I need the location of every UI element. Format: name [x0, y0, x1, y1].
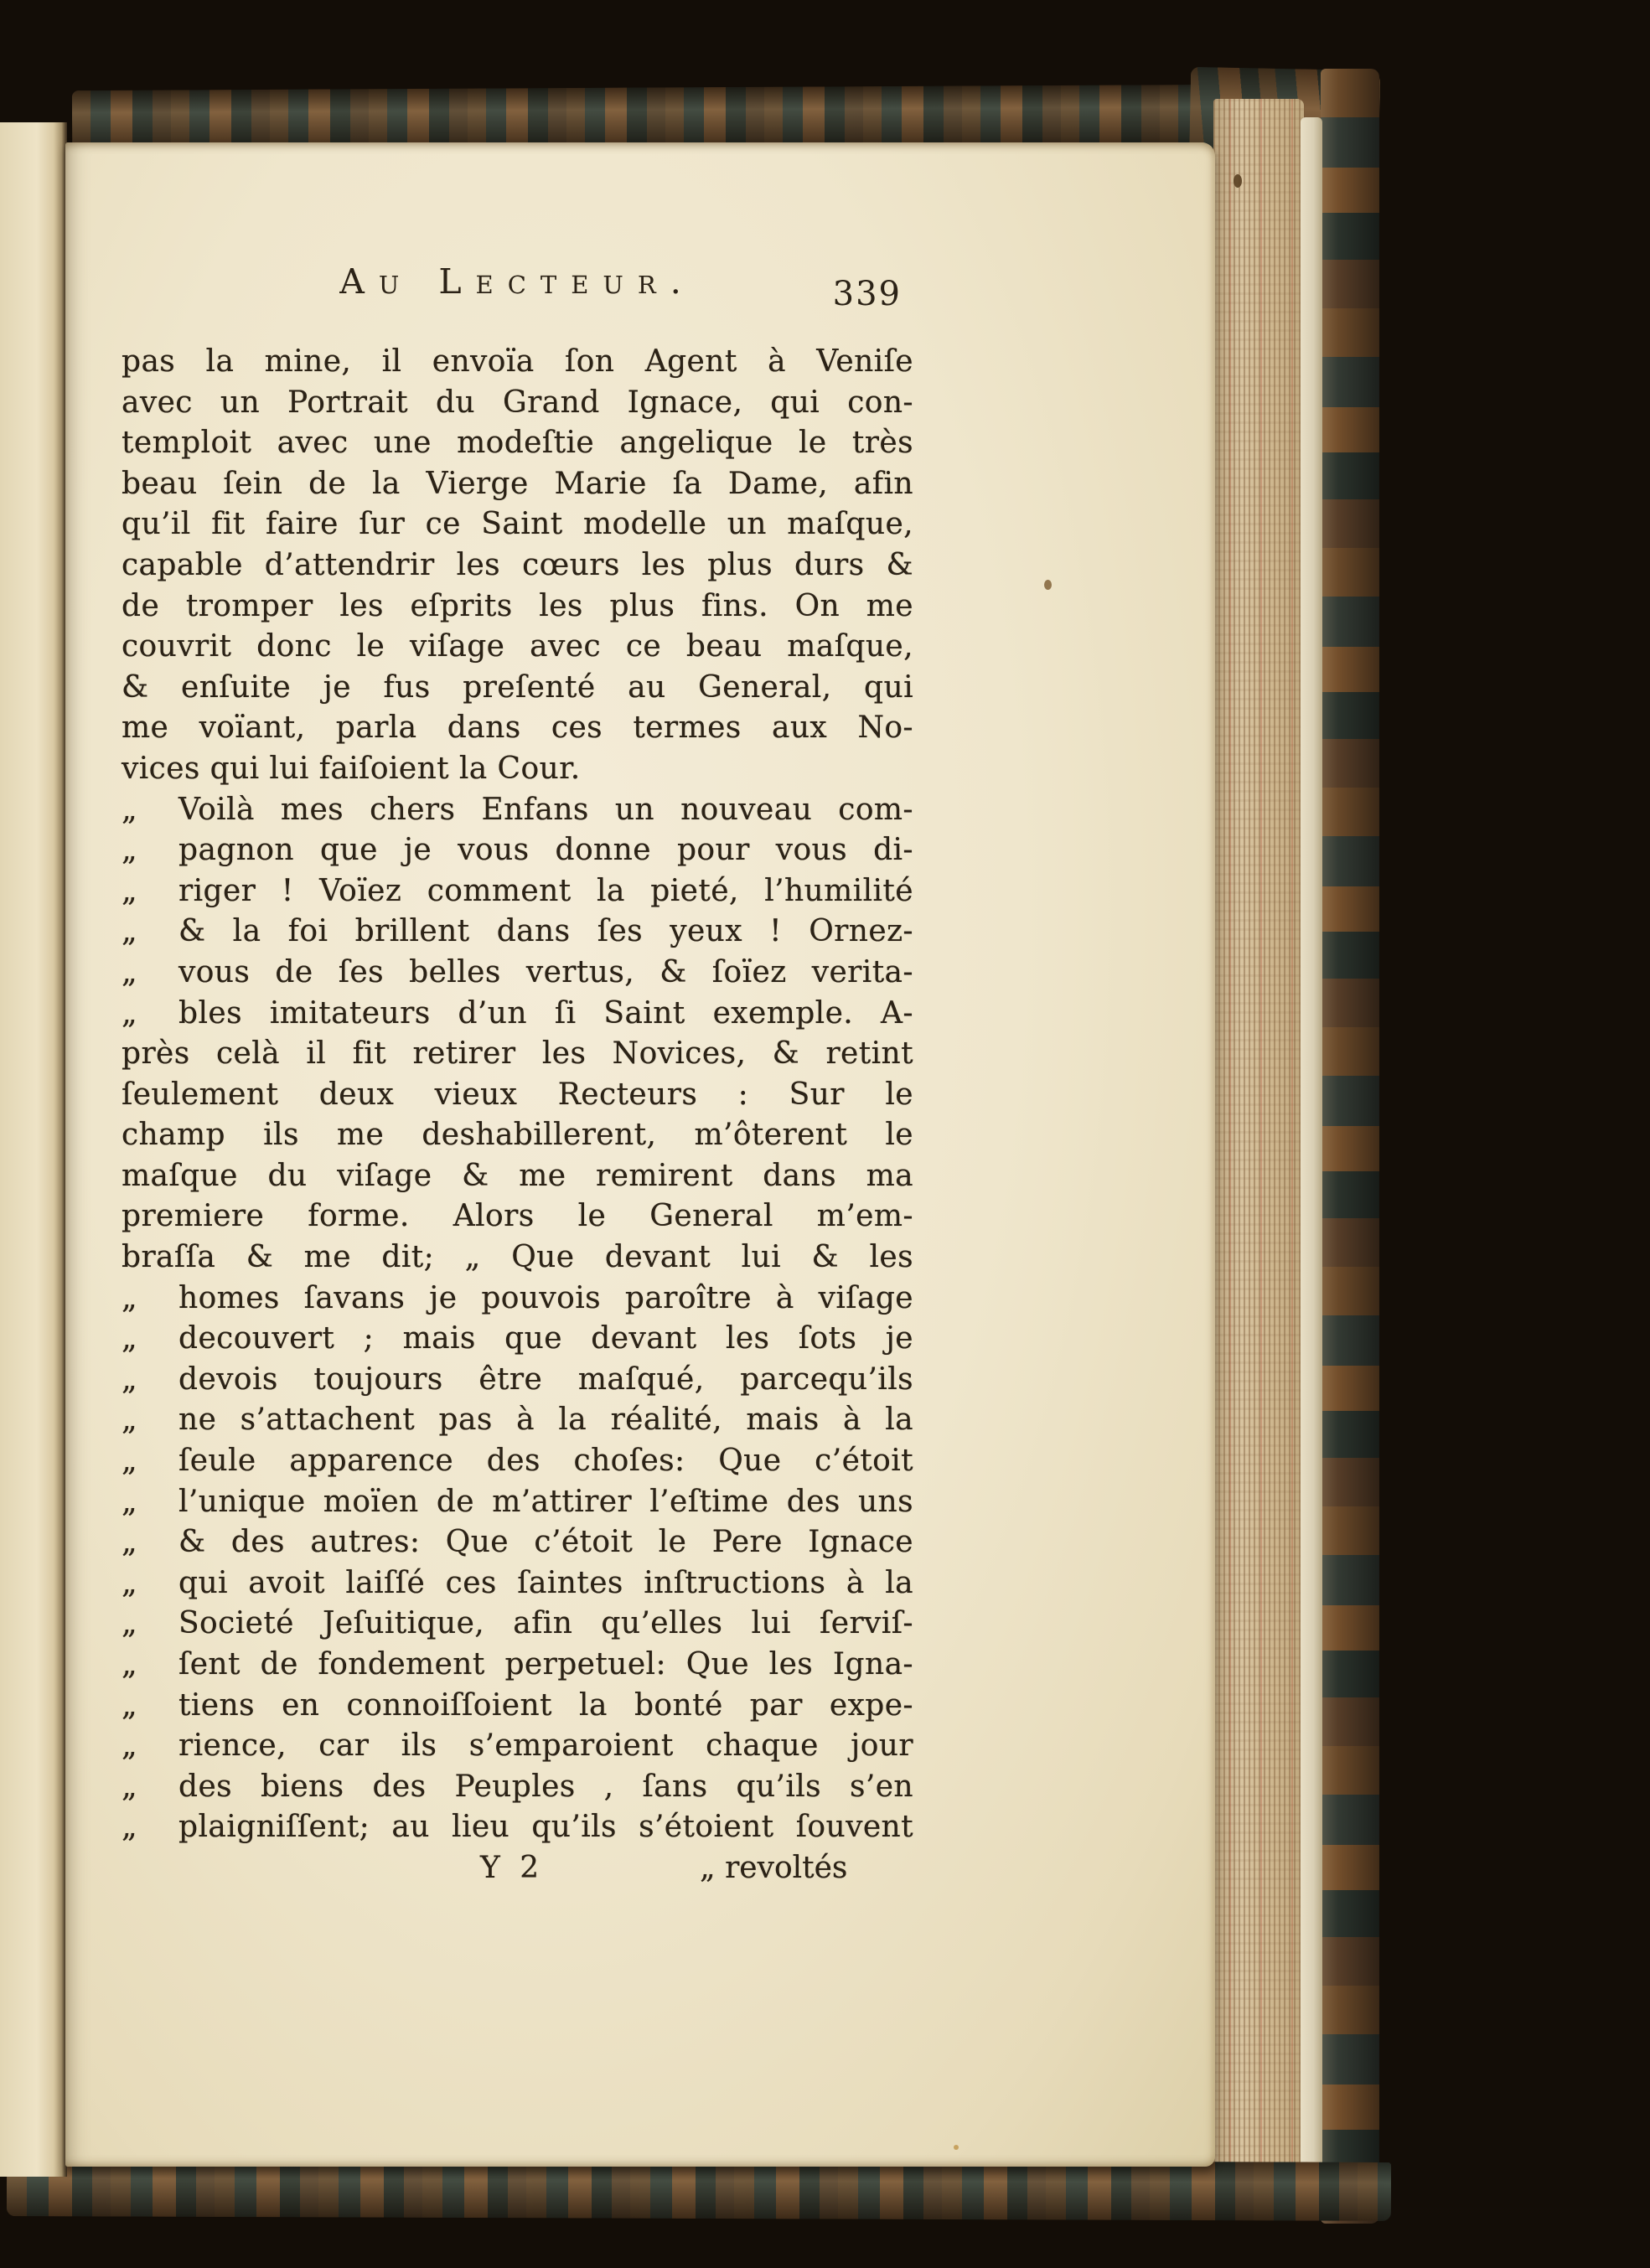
endpaper-edge-strip	[1301, 117, 1322, 2192]
text-line-content: vous de ſes belles vertus, & ſoïez verit…	[178, 955, 913, 989]
text-line: „& la foi brillent dans ſes yeux ! Ornez…	[122, 912, 913, 953]
text-line-content: pagnon que je vous donne pour vous di-	[178, 833, 913, 867]
body-lines: pas la mine, il envoïa ſon Agent à Veniſ…	[122, 342, 913, 1889]
quote-mark: „	[122, 1726, 178, 1767]
quote-mark: „	[122, 1360, 178, 1401]
header-line: Au Lecteur. 339	[122, 261, 913, 312]
book-top-edge-marbled	[72, 84, 1376, 149]
text-line: braſſa & me dit; „ Que devant lui & les	[122, 1237, 913, 1279]
quote-mark: „	[122, 1604, 178, 1645]
text-line: ſeulement deux vieux Recteurs : Sur le	[122, 1075, 913, 1116]
signature-line: Y 2„ revoltés	[122, 1848, 913, 1889]
signature-mark: Y 2	[480, 1848, 544, 1889]
text-line: de tromper les eſprits les plus fins. On…	[122, 586, 913, 628]
quote-mark: „	[122, 1482, 178, 1523]
book-photo: Au Lecteur. 339 pas la mine, il envoïa ſ…	[0, 0, 1650, 2268]
text-line: „des biens des Peuples , ſans qu’ils s’e…	[122, 1767, 913, 1808]
text-line-content: tiens en connoiſſoient la bonté par expe…	[178, 1688, 913, 1723]
quote-mark: „	[122, 912, 178, 953]
book-cover-right-edge-marbled	[1321, 69, 1379, 2224]
quote-mark: „	[122, 994, 178, 1035]
text-line-content: plaigniſſent; au lieu qu’ils s’étoient ſ…	[178, 1810, 913, 1844]
text-line: beau ſein de la Vierge Marie ſa Dame, af…	[122, 464, 913, 505]
text-line-content: homes ſavans je pouvois paroître à viſag…	[178, 1281, 913, 1315]
text-line-content: riger ! Voïez comment la pieté, l’humili…	[178, 874, 913, 908]
text-line: „rience, car ils s’emparoient chaque jou…	[122, 1726, 913, 1767]
text-line: „tiens en connoiſſoient la bonté par exp…	[122, 1686, 913, 1727]
text-line: avec un Portrait du Grand Ignace, qui co…	[122, 383, 913, 424]
page-number: 339	[833, 275, 902, 313]
facing-page-sliver	[0, 122, 67, 2177]
text-line: premiere forme. Alors le General m’em-	[122, 1196, 913, 1237]
fore-edge-page-block	[1213, 99, 1304, 2220]
text-line: „ne s’attachent pas à la réalité, mais à…	[122, 1400, 913, 1441]
quote-mark: „	[122, 871, 178, 912]
text-line-content: bles imitateurs d’un ſi Saint exemple. A…	[178, 996, 913, 1031]
text-line: champ ils me deshabillerent, m’ôterent l…	[122, 1115, 913, 1156]
text-line: „vous de ſes belles vertus, & ſoïez veri…	[122, 953, 913, 994]
quote-mark: „	[122, 1441, 178, 1482]
fore-edge-speck	[1234, 174, 1242, 188]
text-line: „& des autres: Que c’étoit le Pere Ignac…	[122, 1522, 913, 1563]
text-line: „Societé Jeſuitique, afin qu’elles lui ſ…	[122, 1604, 913, 1645]
catchword: „ revoltés	[700, 1848, 847, 1889]
text-line: „ſent de fondement perpetuel: Que les Ig…	[122, 1645, 913, 1686]
book-page: Au Lecteur. 339 pas la mine, il envoïa ſ…	[65, 142, 1215, 2167]
text-line: „ſeule apparence des choſes: Que c’étoit	[122, 1441, 913, 1482]
quote-mark: „	[122, 1563, 178, 1604]
quote-mark: „	[122, 1319, 178, 1360]
text-line: „qui avoit laiſſé ces ſaintes inſtructio…	[122, 1563, 913, 1604]
text-line-content: devois toujours être maſqué, parcequ’ils	[178, 1362, 913, 1397]
text-line-content: Voilà mes chers Enfans un nouveau com-	[178, 793, 913, 827]
text-line-content: & la foi brillent dans ſes yeux ! Ornez-	[178, 914, 913, 948]
quote-mark: „	[122, 953, 178, 994]
text-line-content: ſent de fondement perpetuel: Que les Ign…	[178, 1647, 913, 1682]
text-line: couvrit donc le viſage avec ce beau maſq…	[122, 627, 913, 668]
text-line: „Voilà mes chers Enfans un nouveau com-	[122, 790, 913, 831]
text-line: près celà il fit retirer les Novices, & …	[122, 1034, 913, 1075]
text-line-content: qui avoit laiſſé ces ſaintes inſtruction…	[178, 1566, 913, 1600]
text-line-content: & des autres: Que c’étoit le Pere Ignace	[178, 1525, 913, 1559]
text-line: „riger ! Voïez comment la pieté, l’humil…	[122, 871, 913, 912]
text-line-content: rience, car ils s’emparoient chaque jour	[178, 1728, 913, 1763]
book-bottom-edge-marbled	[7, 2157, 1391, 2221]
quote-mark: „	[122, 1767, 178, 1808]
text-line: & enſuite je fus preſenté au General, qu…	[122, 668, 913, 709]
text-line: „pagnon que je vous donne pour vous di-	[122, 830, 913, 871]
text-line-content: ne s’attachent pas à la réalité, mais à …	[178, 1403, 913, 1437]
text-line: „decouvert ; mais que devant les ſots je	[122, 1319, 913, 1360]
text-line: pas la mine, il envoïa ſon Agent à Veniſ…	[122, 342, 913, 383]
text-block: Au Lecteur. 339 pas la mine, il envoïa ſ…	[122, 142, 913, 2167]
text-line: „devois toujours être maſqué, parcequ’il…	[122, 1360, 913, 1401]
text-line: „homes ſavans je pouvois paroître à viſa…	[122, 1279, 913, 1320]
text-line: me voïant, parla dans ces termes aux No-	[122, 708, 913, 749]
quote-mark: „	[122, 1686, 178, 1727]
page-heading: Au Lecteur.	[339, 261, 696, 302]
quote-mark: „	[122, 1645, 178, 1686]
quote-mark: „	[122, 830, 178, 871]
text-line: capable d’attendrir les cœurs les plus d…	[122, 545, 913, 586]
text-line: vices qui lui faiſoient la Cour.	[122, 749, 913, 790]
quote-mark: „	[122, 1807, 178, 1848]
text-line: „bles imitateurs d’un ſi Saint exemple. …	[122, 994, 913, 1035]
text-line: temploit avec une modeſtie angelique le …	[122, 423, 913, 464]
text-line: maſque du viſage & me remirent dans ma	[122, 1156, 913, 1197]
text-line-content: Societé Jeſuitique, afin qu’elles lui ſe…	[178, 1606, 913, 1640]
paper-speck	[1044, 580, 1052, 590]
text-line-content: ſeule apparence des choſes: Que c’étoit	[178, 1444, 913, 1478]
quote-mark: „	[122, 1522, 178, 1563]
text-line: qu’il fit faire ſur ce Saint modelle un …	[122, 504, 913, 545]
text-line-content: decouvert ; mais que devant les ſots je	[178, 1321, 913, 1356]
quote-mark: „	[122, 790, 178, 831]
text-line: „plaigniſſent; au lieu qu’ils s’étoient …	[122, 1807, 913, 1848]
quote-mark: „	[122, 1400, 178, 1441]
quote-mark: „	[122, 1279, 178, 1320]
text-line: „l’unique moïen de m’attirer l’eſtime de…	[122, 1482, 913, 1523]
text-line-content: des biens des Peuples , ſans qu’ils s’en	[178, 1769, 913, 1804]
paper-speck	[954, 2145, 959, 2150]
text-line-content: l’unique moïen de m’attirer l’eſtime des…	[178, 1485, 913, 1519]
